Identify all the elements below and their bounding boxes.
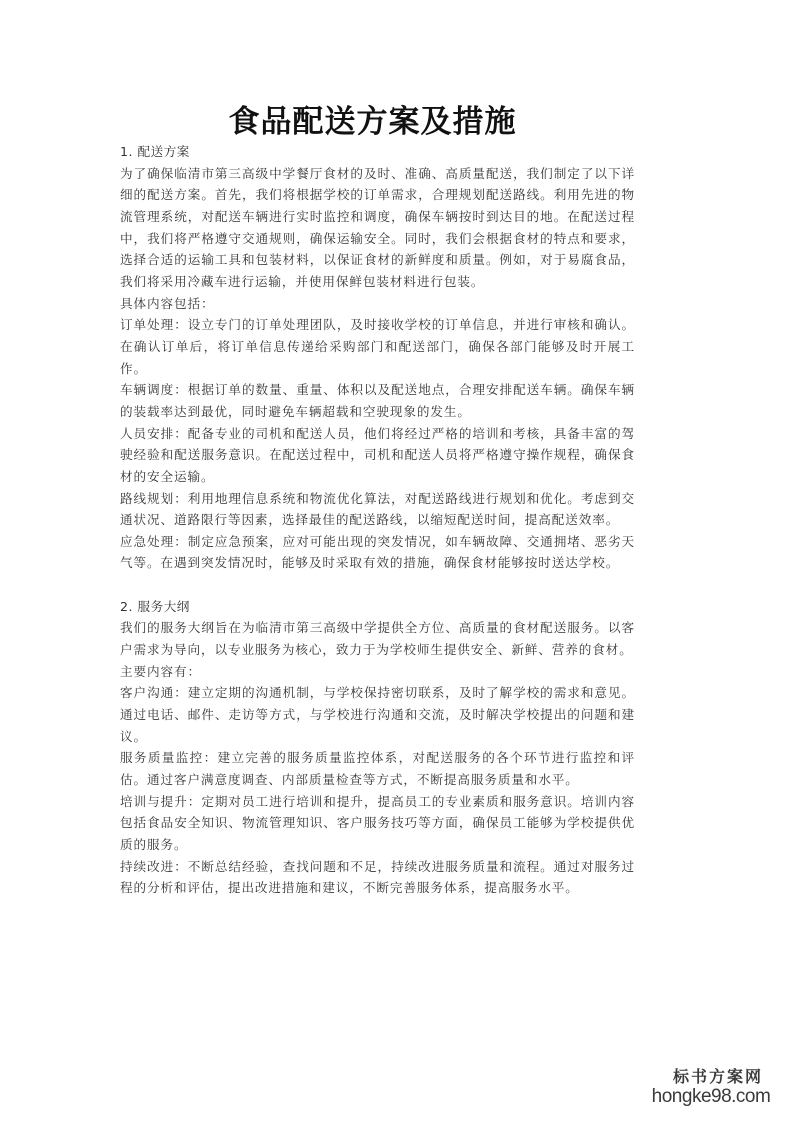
paragraph: 主要内容有： bbox=[120, 661, 635, 683]
paragraph: 人员安排：配备专业的司机和配送人员，他们将经过严格的培训和考核，具备丰富的驾驶经… bbox=[120, 423, 635, 488]
paragraph: 为了确保临清市第三高级中学餐厅食材的及时、准确、高质量配送，我们制定了以下详细的… bbox=[120, 163, 635, 293]
paragraph: 车辆调度：根据订单的数量、重量、体积以及配送地点，合理安排配送车辆。确保车辆的装… bbox=[120, 379, 635, 422]
section-delivery-plan: 1. 配送方案 为了确保临清市第三高级中学餐厅食材的及时、准确、高质量配送，我们… bbox=[120, 141, 635, 574]
paragraph: 我们的服务大纲旨在为临清市第三高级中学提供全方位、高质量的食材配送服务。以客户需… bbox=[120, 617, 635, 660]
section-heading: 2. 服务大纲 bbox=[120, 596, 635, 618]
document-page: 食品配送方案及措施 1. 配送方案 为了确保临清市第三高级中学餐厅食材的及时、准… bbox=[0, 0, 793, 1122]
watermark-logo: 标书方案网 hongke98.com bbox=[648, 1068, 788, 1108]
section-service-outline: 2. 服务大纲 我们的服务大纲旨在为临清市第三高级中学提供全方位、高质量的食材配… bbox=[120, 596, 635, 899]
section-spacer bbox=[120, 574, 635, 596]
paragraph: 服务质量监控：建立完善的服务质量监控体系，对配送服务的各个环节进行监控和评估。通… bbox=[120, 747, 635, 790]
paragraph: 客户沟通：建立定期的沟通机制，与学校保持密切联系，及时了解学校的需求和意见。通过… bbox=[120, 682, 635, 747]
paragraph: 订单处理：设立专门的订单处理团队，及时接收学校的订单信息，并进行审核和确认。在确… bbox=[120, 314, 635, 379]
watermark-domain: hongke98.com bbox=[634, 1086, 788, 1108]
section-heading: 1. 配送方案 bbox=[120, 141, 635, 163]
paragraph: 培训与提升：定期对员工进行培训和提升，提高员工的专业素质和服务意识。培训内容包括… bbox=[120, 791, 635, 856]
document-title: 食品配送方案及措施 bbox=[0, 96, 745, 141]
paragraph: 持续改进：不断总结经验，查找问题和不足，持续改进服务质量和流程。通过对服务过程的… bbox=[120, 856, 635, 899]
document-body: 1. 配送方案 为了确保临清市第三高级中学餐厅食材的及时、准确、高质量配送，我们… bbox=[120, 141, 635, 899]
paragraph: 路线规划：利用地理信息系统和物流优化算法，对配送路线进行规划和优化。考虑到交通状… bbox=[120, 488, 635, 531]
watermark-name: 标书方案网 bbox=[648, 1068, 788, 1086]
paragraph: 应急处理：制定应急预案，应对可能出现的突发情况，如车辆故障、交通拥堵、恶劣天气等… bbox=[120, 531, 635, 574]
paragraph: 具体内容包括： bbox=[120, 293, 635, 315]
